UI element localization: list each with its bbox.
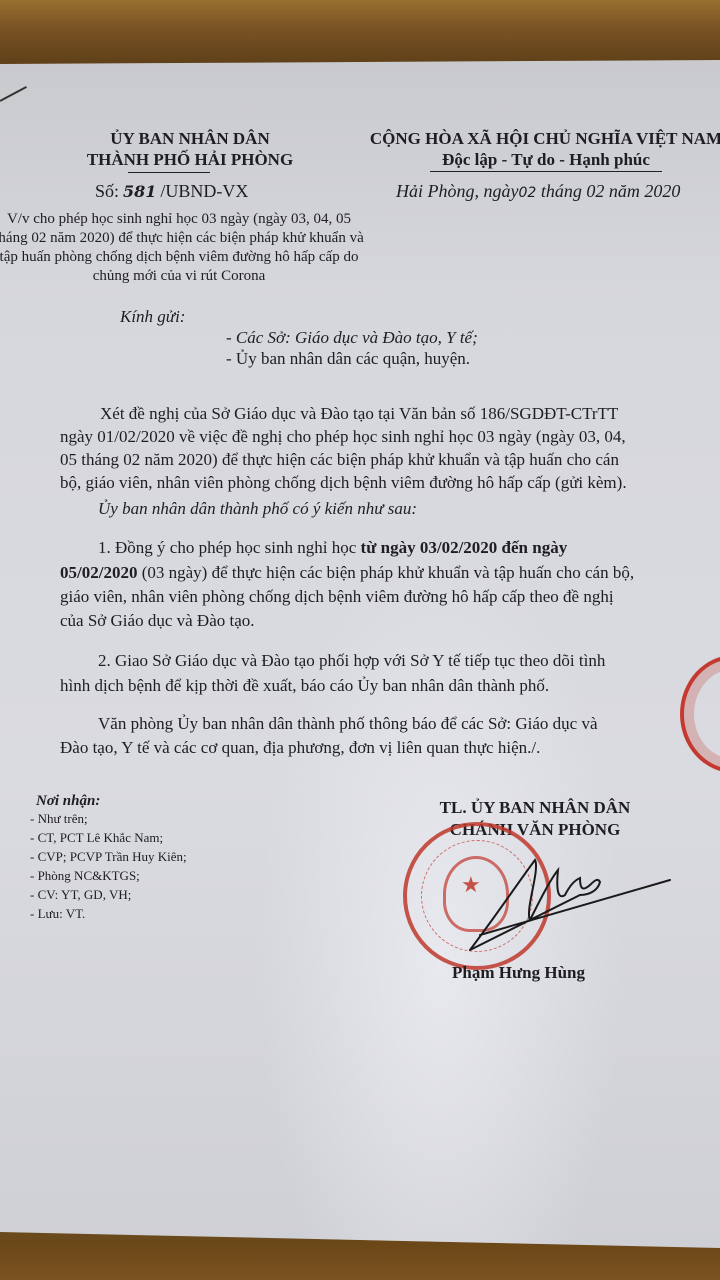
date-day: 02 <box>518 185 536 201</box>
number-value: 581 <box>123 182 156 201</box>
opinion-lead: Ủy ban nhân dân thành phố có ý kiến như … <box>98 498 417 520</box>
number-suffix: /UBND-VX <box>160 181 248 201</box>
place-date: Hải Phòng, ngày02 tháng 02 năm 2020 <box>396 180 680 204</box>
desk-background-bottom <box>0 1240 720 1280</box>
intro-line: 05 tháng 02 năm 2020) để thực hiện các b… <box>60 448 690 471</box>
number-prefix: Số: <box>95 181 119 201</box>
motto-underline <box>430 171 662 172</box>
national-motto: Độc lập - Tự do - Hạnh phúc <box>356 149 720 170</box>
item1-line1: 1. Đồng ý cho phép học sinh nghỉ học từ … <box>98 537 567 559</box>
document-subject: V/v cho phép học sinh nghỉ học 03 ngày (… <box>0 210 364 286</box>
recipient-item: - CVP; PCVP Trần Huy Kiên; <box>30 848 187 866</box>
body-intro: Xét đề nghị của Sở Giáo dục và Đào tạo t… <box>60 402 690 494</box>
issuer-line-1: ỦY BAN NHÂN DÂN <box>60 128 320 149</box>
recipient-item: - Phòng NC&KTGS; <box>30 867 140 885</box>
desk-background-top <box>0 0 720 66</box>
date-rest: tháng 02 năm 2020 <box>541 181 681 201</box>
item2-line2: hình dịch bệnh để kịp thời đề xuất, báo … <box>60 675 549 697</box>
intro-line: bộ, giáo viên, nhân viên phòng chống dịc… <box>60 471 690 494</box>
recipient-item: - Như trên; <box>30 810 88 828</box>
intro-line: Xét đề nghị của Sở Giáo dục và Đào tạo t… <box>60 402 690 425</box>
closing-line1: Văn phòng Ủy ban nhân dân thành phố thôn… <box>98 713 598 735</box>
addressee-item: - Các Sở: Giáo dục và Đào tạo, Y tế; <box>226 327 478 349</box>
addressee-item: - Ủy ban nhân dân các quận, huyện. <box>226 348 470 370</box>
item1-date-range: từ ngày 03/02/2020 đến ngày <box>361 538 568 557</box>
item1-line4: của Sở Giáo dục và Đào tạo. <box>60 610 255 632</box>
issuer-line-2: THÀNH PHỐ HẢI PHÒNG <box>60 149 320 170</box>
signer-name: Phạm Hưng Hùng <box>452 962 585 984</box>
handwritten-signature <box>440 840 680 970</box>
item1-end-date: 05/02/2020 <box>60 563 137 582</box>
item1-line2-rest: (03 ngày) để thực hiện các biện pháp khử… <box>137 563 634 582</box>
national-header: CỘNG HÒA XÃ HỘI CHỦ NGHĨA VIỆT NAM Độc l… <box>356 128 720 170</box>
addressees-label: Kính gửi: <box>120 306 185 328</box>
closing-line2: Đào tạo, Y tế và các cơ quan, địa phương… <box>60 737 540 759</box>
national-header-line-1: CỘNG HÒA XÃ HỘI CHỦ NGHĨA VIỆT NAM <box>356 128 720 149</box>
signature-title-line1: TL. ỦY BAN NHÂN DÂN <box>420 797 650 819</box>
item1-line3: giáo viên, nhân viên phòng chống dịch bệ… <box>60 586 614 608</box>
recipient-item: - Lưu: VT. <box>30 905 85 923</box>
date-prefix: Hải Phòng, ngày <box>396 181 518 201</box>
document-number: Số:581/UBND-VX <box>95 180 248 203</box>
intro-line: ngày 01/02/2020 về việc đề nghị cho phép… <box>60 425 690 448</box>
recipient-item: - CT, PCT Lê Khắc Nam; <box>30 829 163 847</box>
issuer-underline <box>128 172 210 173</box>
item2-line1: 2. Giao Sở Giáo dục và Đào tạo phối hợp … <box>98 650 605 672</box>
item1-start: 1. Đồng ý cho phép học sinh nghỉ học <box>98 538 361 557</box>
issuer-block: ỦY BAN NHÂN DÂN THÀNH PHỐ HẢI PHÒNG <box>60 128 320 170</box>
item1-line2: 05/02/2020 (03 ngày) để thực hiện các bi… <box>60 562 634 584</box>
recipient-item: - CV: YT, GD, VH; <box>30 886 131 904</box>
recipients-label: Nơi nhận: <box>36 790 100 812</box>
